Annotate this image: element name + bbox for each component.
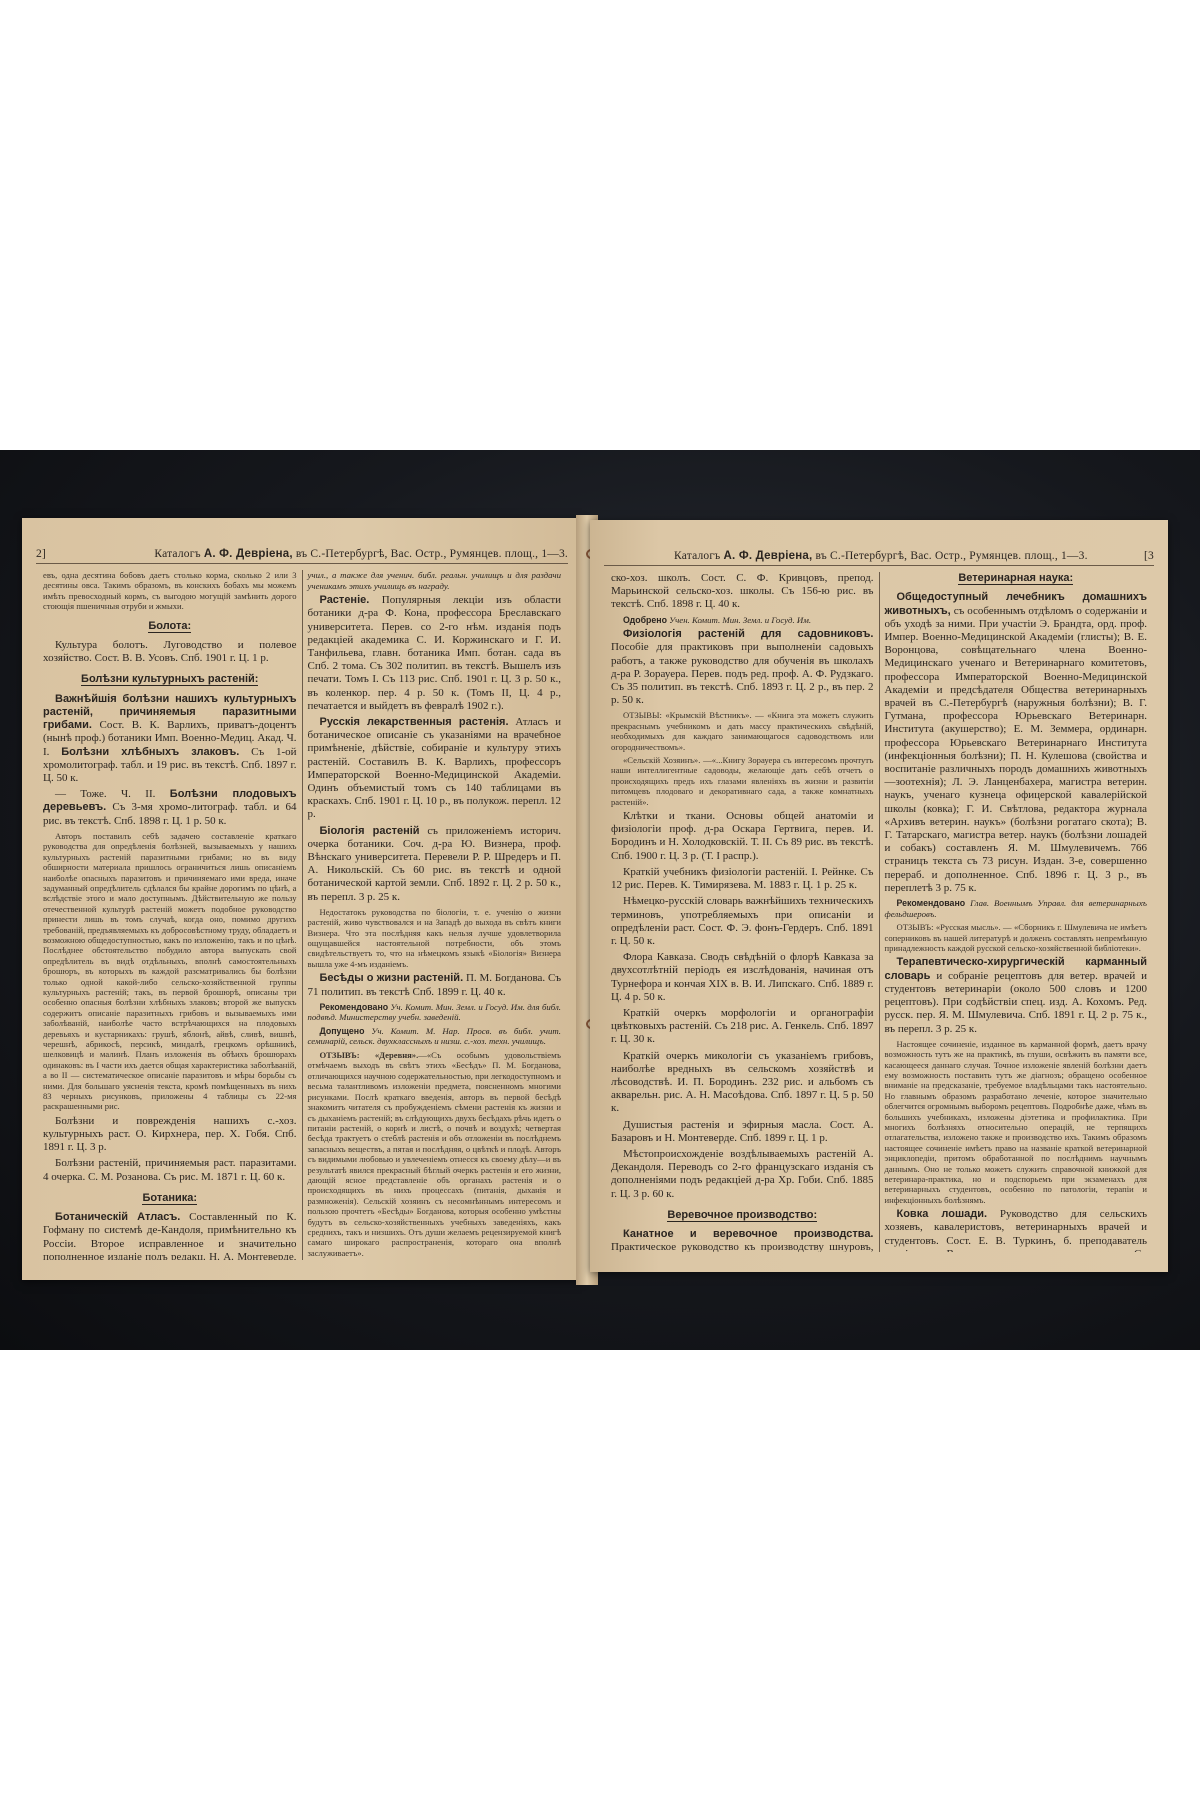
header-title: Каталогъ А. Ф. Девріена, въ С.-Петербург…	[674, 550, 1088, 562]
catalog-entry: Бесѣды о жизни растеній. П. М. Богданова…	[308, 972, 562, 998]
section-heading: Веревочное производство:	[611, 1209, 874, 1222]
column-right-2: Ветеринарная наука: Общедоступный лечебн…	[879, 572, 1153, 1252]
catalog-entry: Болѣзни растеній, причиняемыя раст. пара…	[43, 1157, 297, 1183]
continued-text: евъ, одна десятина бобовъ даетъ столько …	[43, 570, 297, 612]
catalog-entry: Клѣтки и ткани. Основы общей анатоміи и …	[611, 810, 874, 863]
entry-review: ОТЗЫВЪ: «Деревня».—«Съ особымъ удовольст…	[308, 1050, 562, 1258]
entry-review: Настоящее сочиненіе, изданное въ карманн…	[885, 1039, 1148, 1206]
catalog-entry: — Тоже. Ч. II. Болѣзни плодовыхъ деревье…	[43, 788, 297, 828]
column-right-1: ско-хоз. школъ. Сост. С. Ф. Кривцовъ, пр…	[606, 572, 879, 1252]
column-left-2: учил., а также для ученич. библ. реальн.…	[302, 570, 567, 1260]
catalog-entry: Краткій очеркъ микологіи съ указаніемъ г…	[611, 1050, 874, 1116]
catalog-page-left: 2] Каталогъ А. Ф. Девріена, въ С.-Петерб…	[22, 518, 582, 1280]
catalog-entry: Ботаническій Атласъ. Составленный по К. …	[43, 1211, 297, 1260]
running-header-right: Каталогъ А. Ф. Девріена, въ С.-Петербург…	[604, 550, 1154, 566]
catalog-entry: Краткій очеркъ морфологіи и органографіи…	[611, 1007, 874, 1047]
catalog-entry: Русскія лекарственныя растенія. Атласъ и…	[308, 716, 562, 822]
catalog-entry: Нѣмецко-русскій словарь важнѣйшихъ техни…	[611, 895, 874, 948]
entry-recommendation: Допущено Уч. Комит. М. Нар. Просв. въ би…	[308, 1026, 562, 1047]
entry-recommendation: Одобрено Учен. Комит. Мин. Земл. и Госуд…	[611, 615, 874, 626]
section-heading: Ветеринарная наука:	[885, 572, 1148, 585]
catalog-entry: Канатное и веревочное производства. Прак…	[611, 1228, 874, 1252]
page-number: [3	[1144, 550, 1154, 562]
catalog-entry: Физіологія растеній для садовниковъ. Пос…	[611, 628, 874, 707]
running-header-left: 2] Каталогъ А. Ф. Девріена, въ С.-Петерб…	[36, 548, 568, 564]
entry-recommendation: Рекомендовано Глав. Военнымъ Управл. для…	[885, 898, 1148, 919]
entry-review: ОТЗЫВЪ: «Русская мысль». — «Сборникъ г. …	[885, 922, 1148, 953]
catalog-entry: Флора Кавказа. Сводъ свѣдѣній о флорѣ Ка…	[611, 951, 874, 1004]
catalog-page-right: Каталогъ А. Ф. Девріена, въ С.-Петербург…	[590, 520, 1168, 1272]
catalog-entry: Терапевтическо-хирургическій карманный с…	[885, 956, 1148, 1035]
header-title: Каталогъ А. Ф. Девріена, въ С.-Петербург…	[154, 548, 568, 560]
section-heading: Болѣзни культурныхъ растеній:	[43, 673, 297, 686]
entry-recommendation: Рекомендовано Уч. Комит. Мин. Земл. и Го…	[308, 1002, 562, 1023]
catalog-entry: Біологія растеній съ приложеніемъ истори…	[308, 825, 562, 904]
catalog-entry: Ковка лошади. Руководство для сельскихъ …	[885, 1208, 1148, 1252]
entry-review: «Сельскій Хозяинъ». —«...Книгу Зорауера …	[611, 755, 874, 807]
entry-review: Авторъ поставилъ себѣ задачею составлені…	[43, 831, 297, 1112]
catalog-entry: Растеніе. Популярныя лекціи изъ области …	[308, 594, 562, 713]
catalog-entry: Культура болотъ. Луговодство и полевое х…	[43, 639, 297, 665]
catalog-entry: Краткій учебникъ физіологіи растеній. I.…	[611, 866, 874, 892]
column-left-1: евъ, одна десятина бобовъ даетъ столько …	[38, 570, 302, 1260]
section-heading: Болота:	[43, 620, 297, 633]
continued-text: ско-хоз. школъ. Сост. С. Ф. Кривцовъ, пр…	[611, 572, 874, 612]
catalog-entry: Важнѣйшія болѣзни нашихъ культурныхъ рас…	[43, 693, 297, 785]
catalog-entry: Душистыя растенія и эфирныя масла. Сост.…	[611, 1119, 874, 1145]
section-heading: Ботаника:	[43, 1192, 297, 1205]
catalog-entry: Болѣзни и поврежденія нашихъ с.-хоз. кул…	[43, 1115, 297, 1155]
catalog-entry: Общедоступный лечебникъ домашнихъ животн…	[885, 591, 1148, 895]
entry-review: Недостатокъ руководства по біологіи, т. …	[308, 907, 562, 969]
continued-text: учил., а также для ученич. библ. реальн.…	[308, 570, 562, 591]
page-number: 2]	[36, 548, 46, 560]
entry-review: ОТЗЫВЫ: «Крымскій Вѣстникъ». — «Книга эт…	[611, 710, 874, 752]
catalog-entry: Мѣстопроисхожденіе воздѣлываемыхъ растен…	[611, 1148, 874, 1201]
